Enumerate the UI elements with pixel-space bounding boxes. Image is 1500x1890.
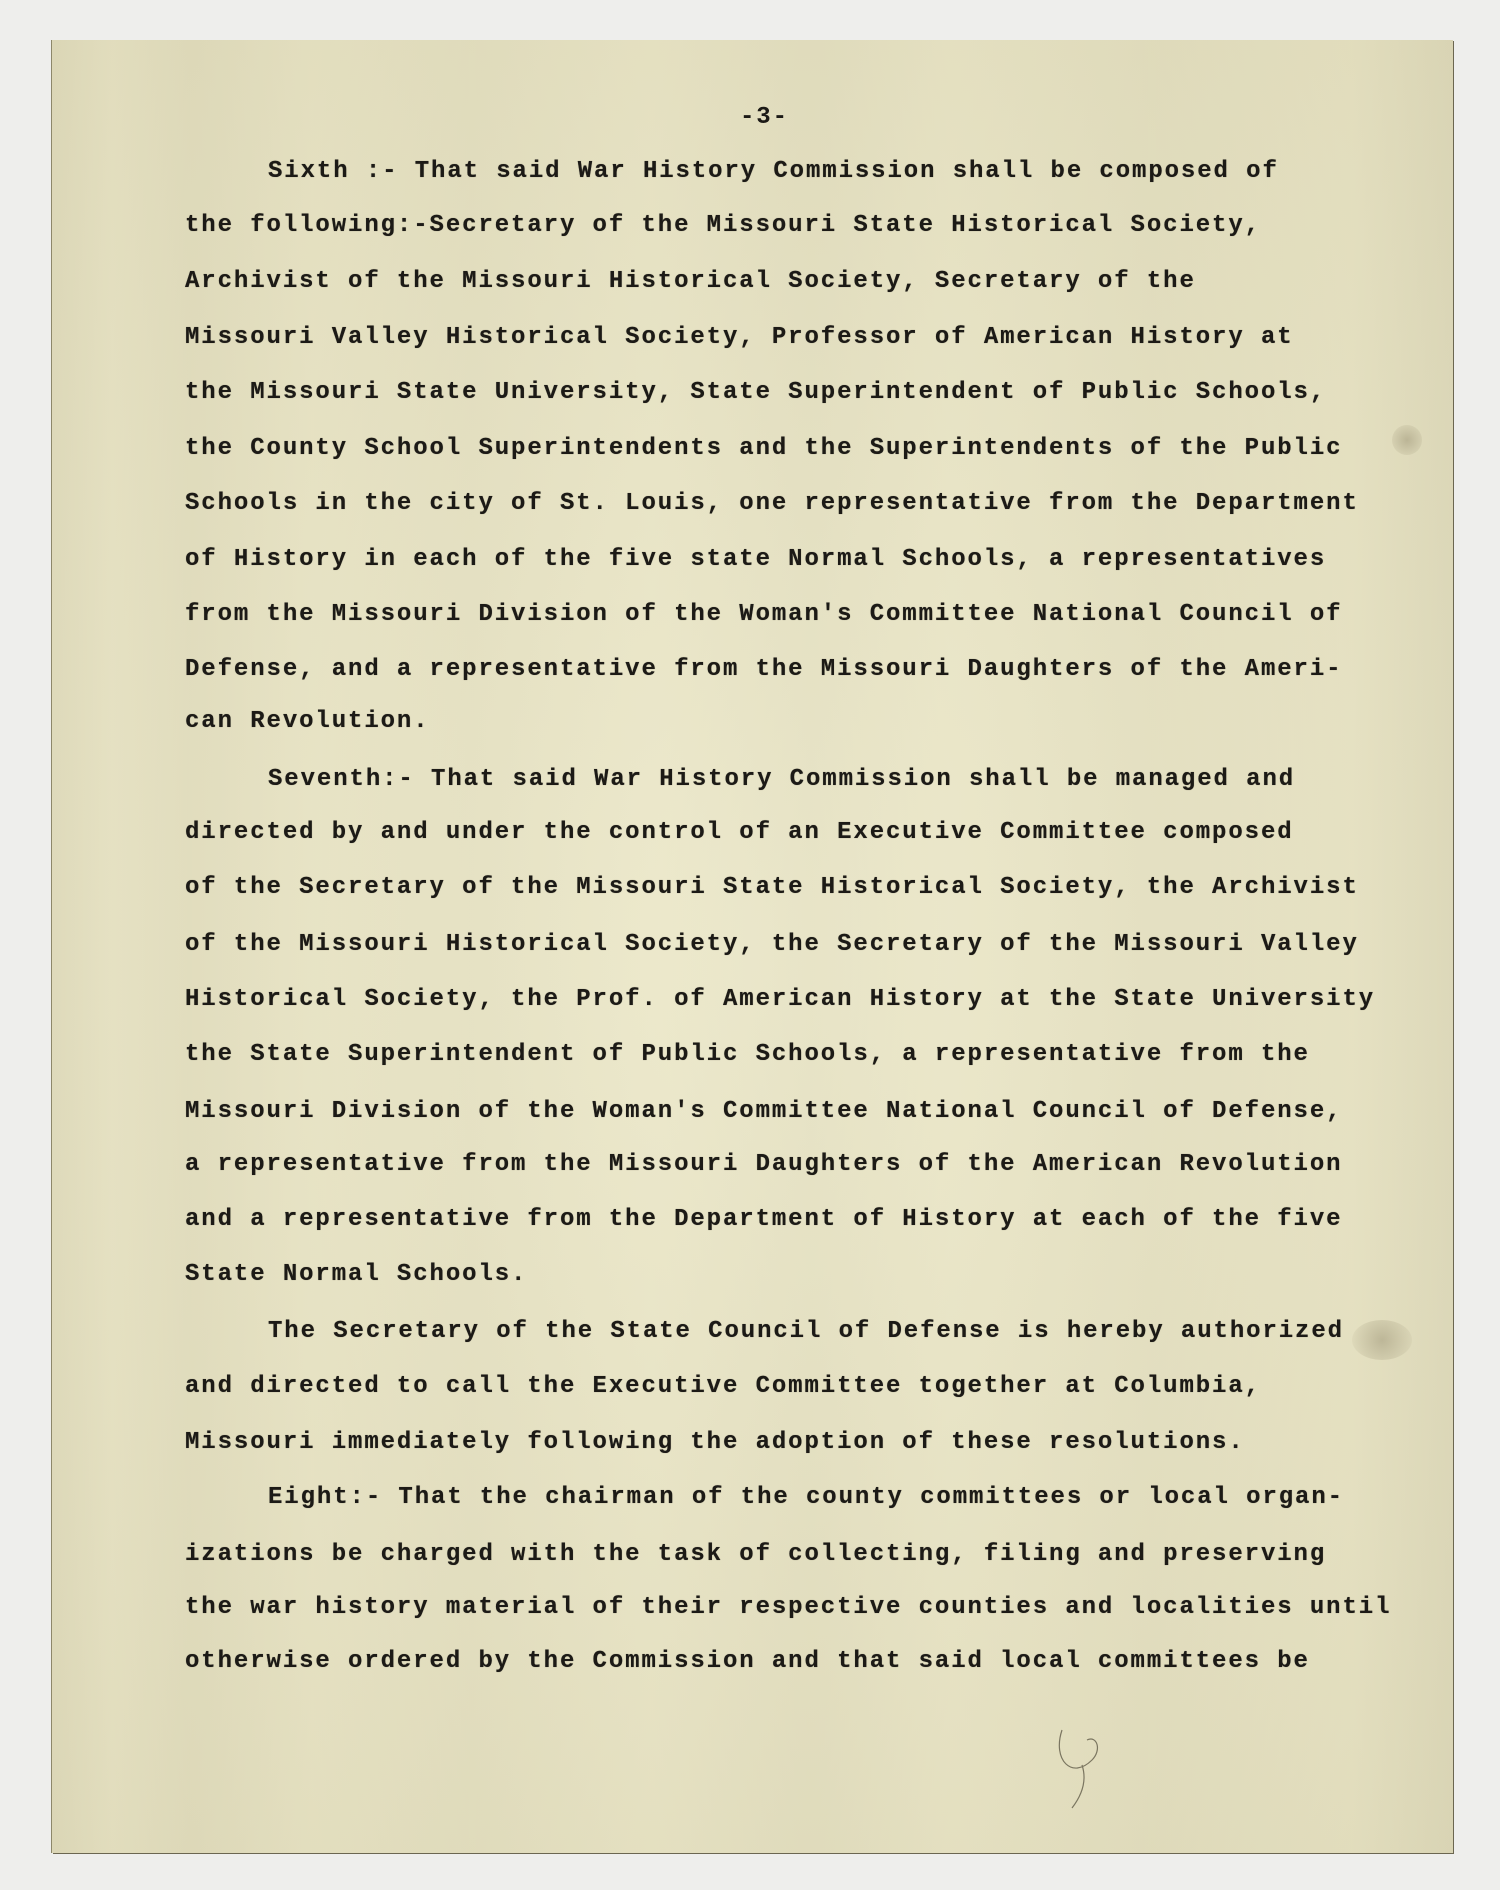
stain-mark (1392, 425, 1422, 455)
text-line: Archivist of the Missouri Historical Soc… (185, 268, 1196, 296)
text-line: Missouri immediately following the adopt… (185, 1429, 1245, 1457)
text-line: the war history material of their respec… (185, 1594, 1391, 1622)
text-line: of the Secretary of the Missouri State H… (185, 874, 1359, 902)
text-line: the following:-Secretary of the Missouri… (185, 212, 1261, 240)
text-line: of History in each of the five state Nor… (185, 546, 1326, 574)
text-line: and directed to call the Executive Commi… (185, 1373, 1261, 1401)
text-line: izations be charged with the task of col… (185, 1541, 1326, 1569)
pencil-mark-icon (1042, 1720, 1122, 1810)
text-line: directed by and under the control of an … (185, 819, 1294, 847)
text-line: Historical Society, the Prof. of America… (185, 986, 1375, 1014)
text-line: a representative from the Missouri Daugh… (185, 1151, 1342, 1179)
text-line: the Missouri State University, State Sup… (185, 379, 1326, 407)
stain-mark (1352, 1320, 1412, 1360)
text-line: Defense, and a representative from the M… (185, 656, 1342, 684)
page-number: -3- (740, 104, 789, 132)
text-line: from the Missouri Division of the Woman'… (185, 601, 1342, 629)
text-line: can Revolution. (185, 708, 430, 736)
text-line: State Normal Schools. (185, 1261, 527, 1289)
text-line: Schools in the city of St. Louis, one re… (185, 490, 1359, 518)
text-line: The Secretary of the State Council of De… (268, 1318, 1344, 1346)
text-line: Eight:- That the chairman of the county … (268, 1484, 1344, 1512)
text-line: Missouri Division of the Woman's Committ… (185, 1098, 1342, 1126)
text-line: Sixth :- That said War History Commissio… (268, 158, 1279, 186)
text-line: of the Missouri Historical Society, the … (185, 931, 1359, 959)
text-line: the State Superintendent of Public Schoo… (185, 1041, 1310, 1069)
text-line: otherwise ordered by the Commission and … (185, 1648, 1310, 1676)
text-line: Seventh:- That said War History Commissi… (268, 766, 1295, 794)
text-line: Missouri Valley Historical Society, Prof… (185, 324, 1294, 352)
text-line: and a representative from the Department… (185, 1206, 1342, 1234)
text-line: the County School Superintendents and th… (185, 435, 1342, 463)
